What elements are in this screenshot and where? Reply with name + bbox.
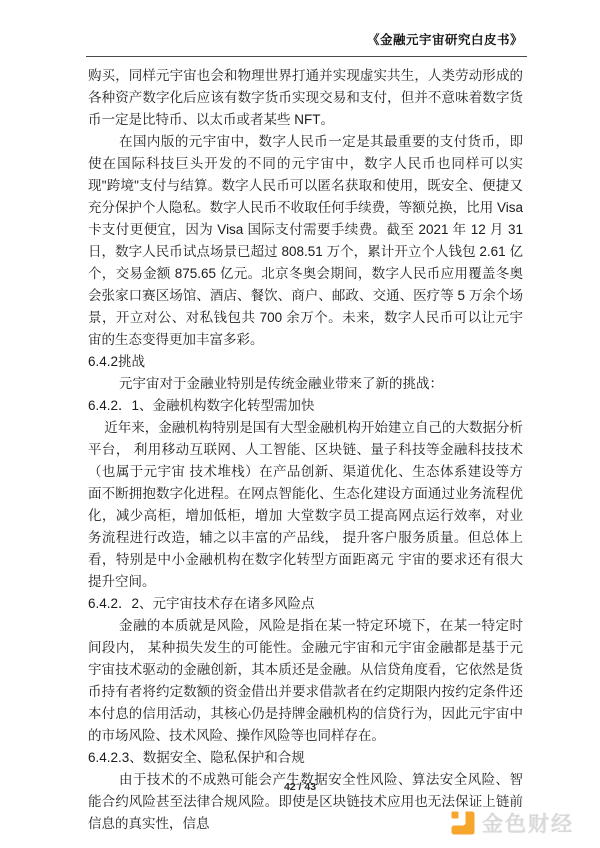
- subsection-heading-digital-transformation: 6.4.2．1、金融机构数字化转型需加快: [88, 395, 523, 417]
- paragraph-continuation: 购买，同样元宇宙也会和物理世界打通并实现虚实共生，人类劳动形成的各种资产数字化后…: [88, 65, 523, 131]
- running-header-title: 《金融元宇宙研究白皮书》: [88, 30, 523, 48]
- subsection-heading-data-security: 6.4.2.3、数据安全、隐私保护和合规: [88, 747, 523, 769]
- paragraph-digital-transformation: 近年来，金融机构特别是国有大型金融机构开始建立自己的大数据分析平台， 利用移动互…: [88, 417, 523, 593]
- document-body: 购买，同样元宇宙也会和物理世界打通并实现虚实共生，人类劳动形成的各种资产数字化后…: [88, 65, 523, 835]
- document-page: 《金融元宇宙研究白皮书》 购买，同样元宇宙也会和物理世界打通并实现虚实共生，人类…: [0, 0, 600, 848]
- section-heading-challenges: 6.4.2挑战: [88, 351, 523, 373]
- paragraph-risk-points: 金融的本质就是风险，风险是指在某一特定环境下，在某一特定时间段内， 某种损失发生…: [88, 615, 523, 747]
- brand-logo: 金色财经: [451, 808, 574, 838]
- paragraph-challenges-intro: 元宇宙对于金融业特别是传统金融业带来了新的挑战：: [88, 373, 523, 395]
- paragraph-digital-rmb: 在国内版的元宇宙中，数字人民币一定是其最重要的支付货币，即使在国际科技巨头开发的…: [88, 131, 523, 351]
- header-divider: [86, 56, 527, 57]
- subsection-heading-risk-points: 6.4.2．2、元宇宙技术存在诸多风险点: [88, 593, 523, 615]
- jinse-j-logo-icon: [451, 811, 475, 835]
- page-number: 42 / 43: [0, 781, 600, 793]
- brand-logo-text: 金色财经: [482, 808, 574, 838]
